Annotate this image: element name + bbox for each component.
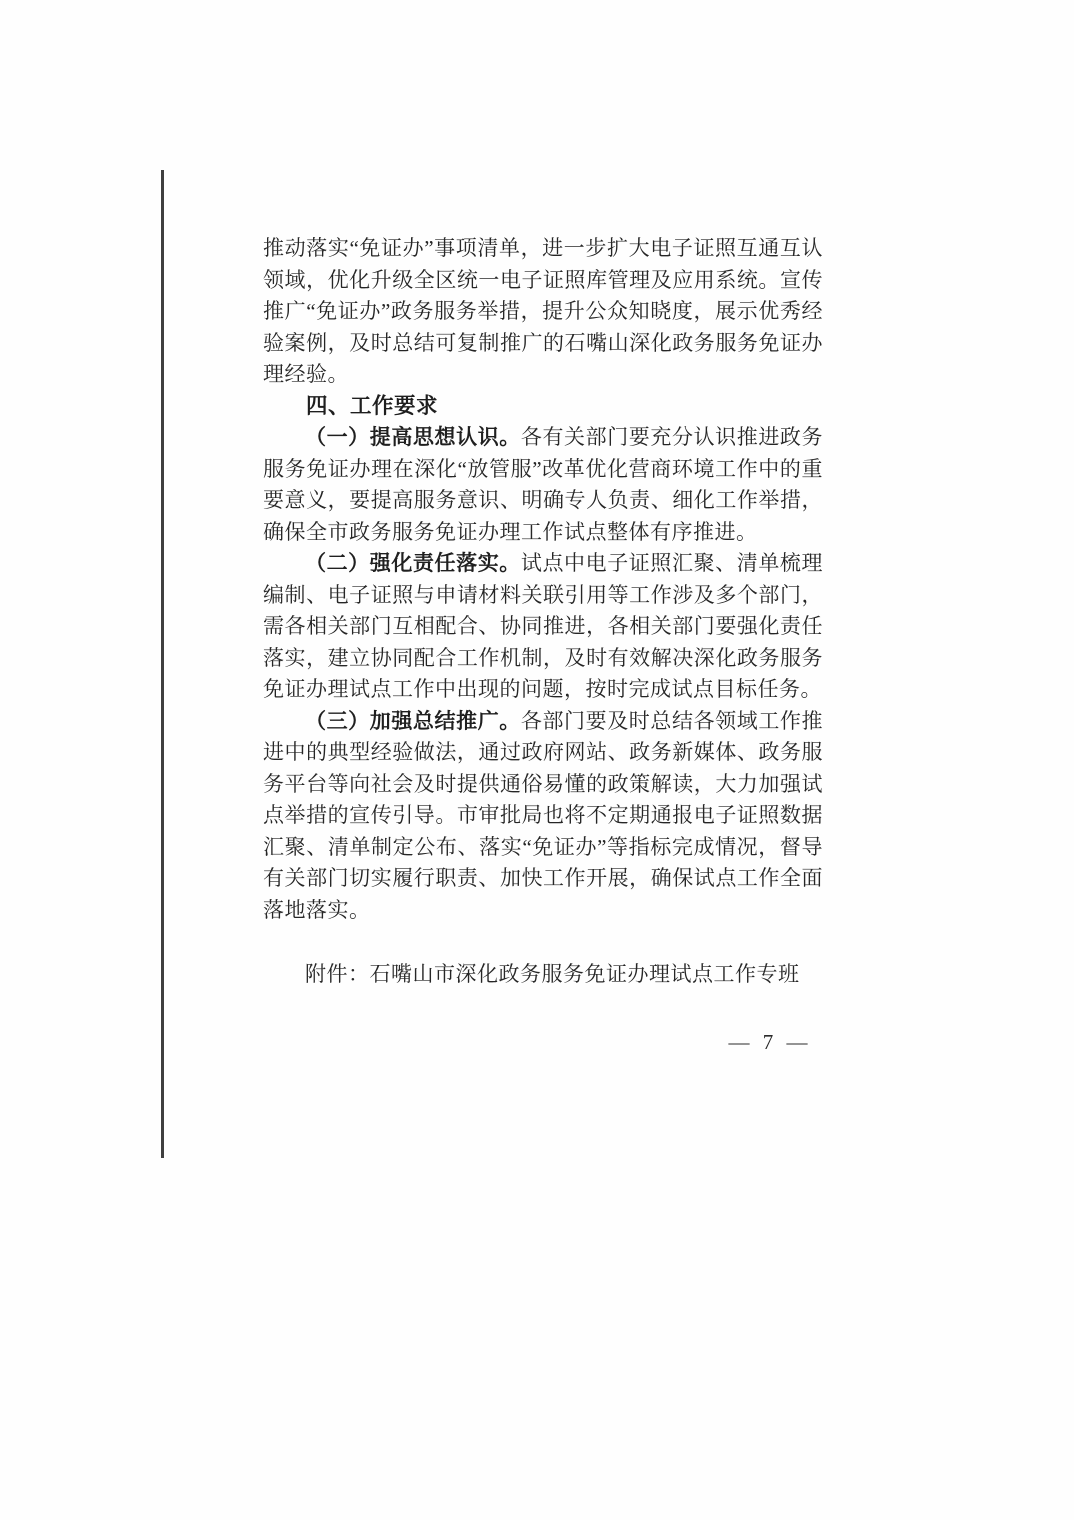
work-item-3-body: 各部门要及时总结各领域工作推进中的典型经验做法，通过政府网站、政务新媒体、政务服…	[263, 709, 823, 922]
page-edge-line	[161, 170, 164, 1158]
document-page: 推动落实“免证办”事项清单，进一步扩大电子证照互通互认领域，优化升级全区统一电子…	[0, 0, 1074, 1520]
work-item-1-lead: （一）提高思想认识。	[305, 425, 521, 449]
page-number: — 7 —	[700, 1030, 840, 1055]
section-heading: 四、工作要求	[263, 391, 823, 423]
work-item-2: （二）强化责任落实。试点中电子证照汇聚、清单梳理编制、电子证照与申请材料关联引用…	[263, 548, 823, 706]
work-item-3: （三）加强总结推广。各部门要及时总结各领域工作推进中的典型经验做法，通过政府网站…	[263, 706, 823, 927]
paragraph-continuation: 推动落实“免证办”事项清单，进一步扩大电子证照互通互认领域，优化升级全区统一电子…	[263, 233, 823, 391]
work-item-2-lead: （二）强化责任落实。	[305, 551, 521, 575]
work-item-3-lead: （三）加强总结推广。	[305, 709, 521, 733]
document-body: 推动落实“免证办”事项清单，进一步扩大电子证照互通互认领域，优化升级全区统一电子…	[263, 233, 823, 991]
work-item-1: （一）提高思想认识。各有关部门要充分认识推进政务服务免证办理在深化“放管服”改革…	[263, 422, 823, 548]
attachment-line: 附件：石嘴山市深化政务服务免证办理试点工作专班	[263, 959, 823, 991]
